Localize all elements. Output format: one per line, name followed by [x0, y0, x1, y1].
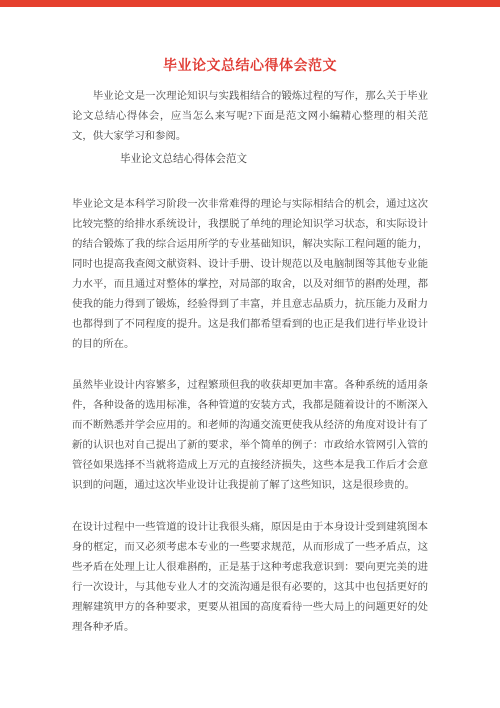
- body-paragraph-2: 虽然毕业设计内容繁多，过程繁琐但我的收获却更加丰富。各种系统的适用条件，各种设备…: [72, 376, 428, 496]
- document-page: 毕业论文总结心得体会范文 毕业论文是一次理论知识与实践相结合的锻炼过程的写作，那…: [0, 0, 500, 708]
- body-paragraph-1: 毕业论文是本科学习阶段一次非常难得的理论与实际相结合的机会，通过这次比较完整的给…: [72, 195, 428, 355]
- document-title: 毕业论文总结心得体会范文: [72, 55, 428, 76]
- document-content: 毕业论文总结心得体会范文 毕业论文是一次理论知识与实践相结合的锻炼过程的写作，那…: [0, 55, 500, 638]
- body-paragraph-3: 在设计过程中一些管道的设计让我很头痛，原因是由于本身设计受到建筑图本身的框定，而…: [72, 518, 428, 638]
- intro-paragraph: 毕业论文是一次理论知识与实践相结合的锻炼过程的写作，那么关于毕业论文总结心得体会…: [72, 87, 428, 147]
- top-accent-bar: [0, 0, 500, 7]
- section-subheading: 毕业论文总结心得体会范文: [120, 150, 428, 170]
